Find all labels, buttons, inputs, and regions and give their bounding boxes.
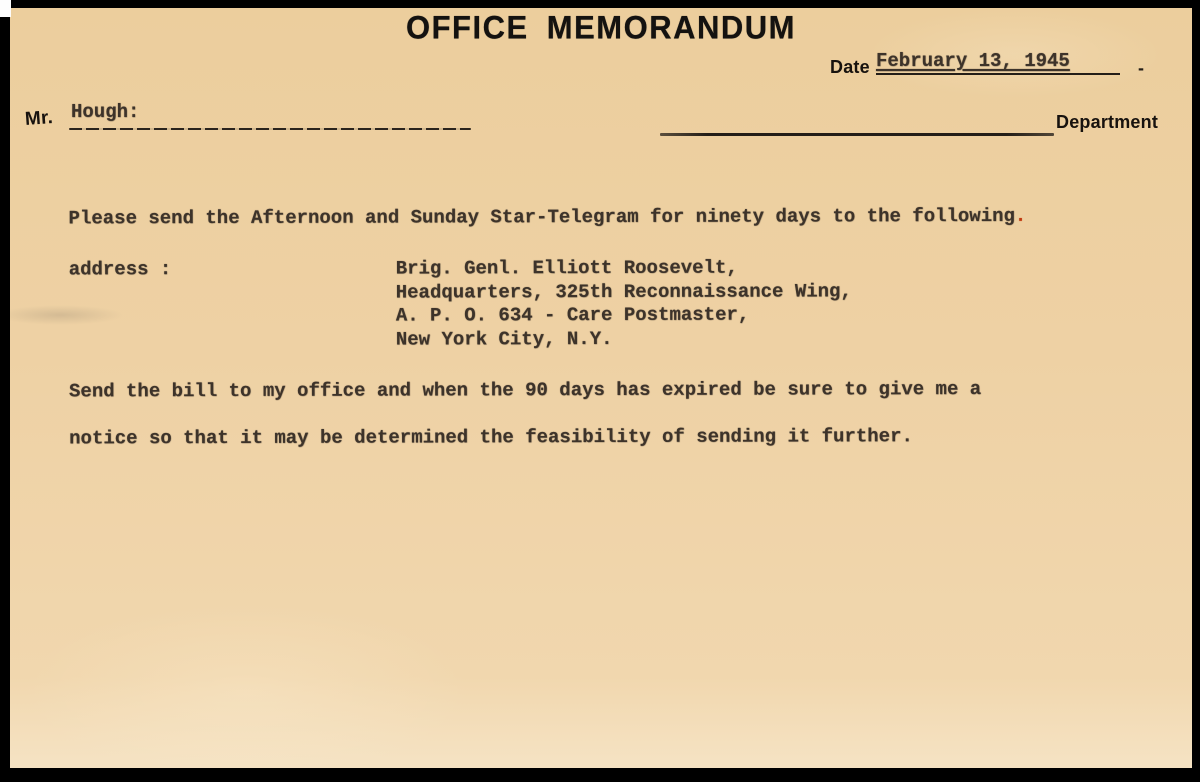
opening-line-red-period: .: [1015, 205, 1026, 227]
date-value: February 13, 1945: [876, 50, 1070, 72]
memo-title: OFFICE MEMORANDUM: [10, 9, 1192, 46]
closing-line-2: notice so that it may be determined the …: [69, 425, 913, 449]
closing-line-1: Send the bill to my office and when the …: [69, 378, 981, 402]
date-field: February 13, 1945: [876, 50, 1120, 75]
department-label: Department: [1056, 112, 1158, 133]
department-underline: [660, 133, 1054, 136]
addressee-label: Mr.: [24, 107, 54, 131]
opening-line-text: Please send the Afternoon and Sunday Sta…: [69, 205, 1015, 229]
address-label: address :: [69, 258, 172, 280]
date-trailing-dash: -: [1138, 58, 1144, 79]
addressee-value: Hough:: [71, 101, 139, 123]
address-line: A. P. O. 634 - Care Postmaster,: [396, 303, 852, 328]
address-block: Brig. Genl. Elliott Roosevelt, Headquart…: [396, 256, 852, 351]
memo-paper: OFFICE MEMORANDUM Date February 13, 1945…: [10, 8, 1192, 768]
address-line: Brig. Genl. Elliott Roosevelt,: [396, 256, 852, 281]
date-label: Date: [830, 57, 870, 78]
scanned-memo-frame: OFFICE MEMORANDUM Date February 13, 1945…: [0, 0, 1200, 782]
addressee-field: Hough:: [65, 101, 471, 130]
scan-corner-artifact: [0, 0, 11, 17]
address-line: New York City, N.Y.: [396, 327, 852, 352]
opening-line: Please send the Afternoon and Sunday Sta…: [69, 205, 1027, 230]
address-line: Headquarters, 325th Reconnaissance Wing,: [396, 280, 852, 305]
